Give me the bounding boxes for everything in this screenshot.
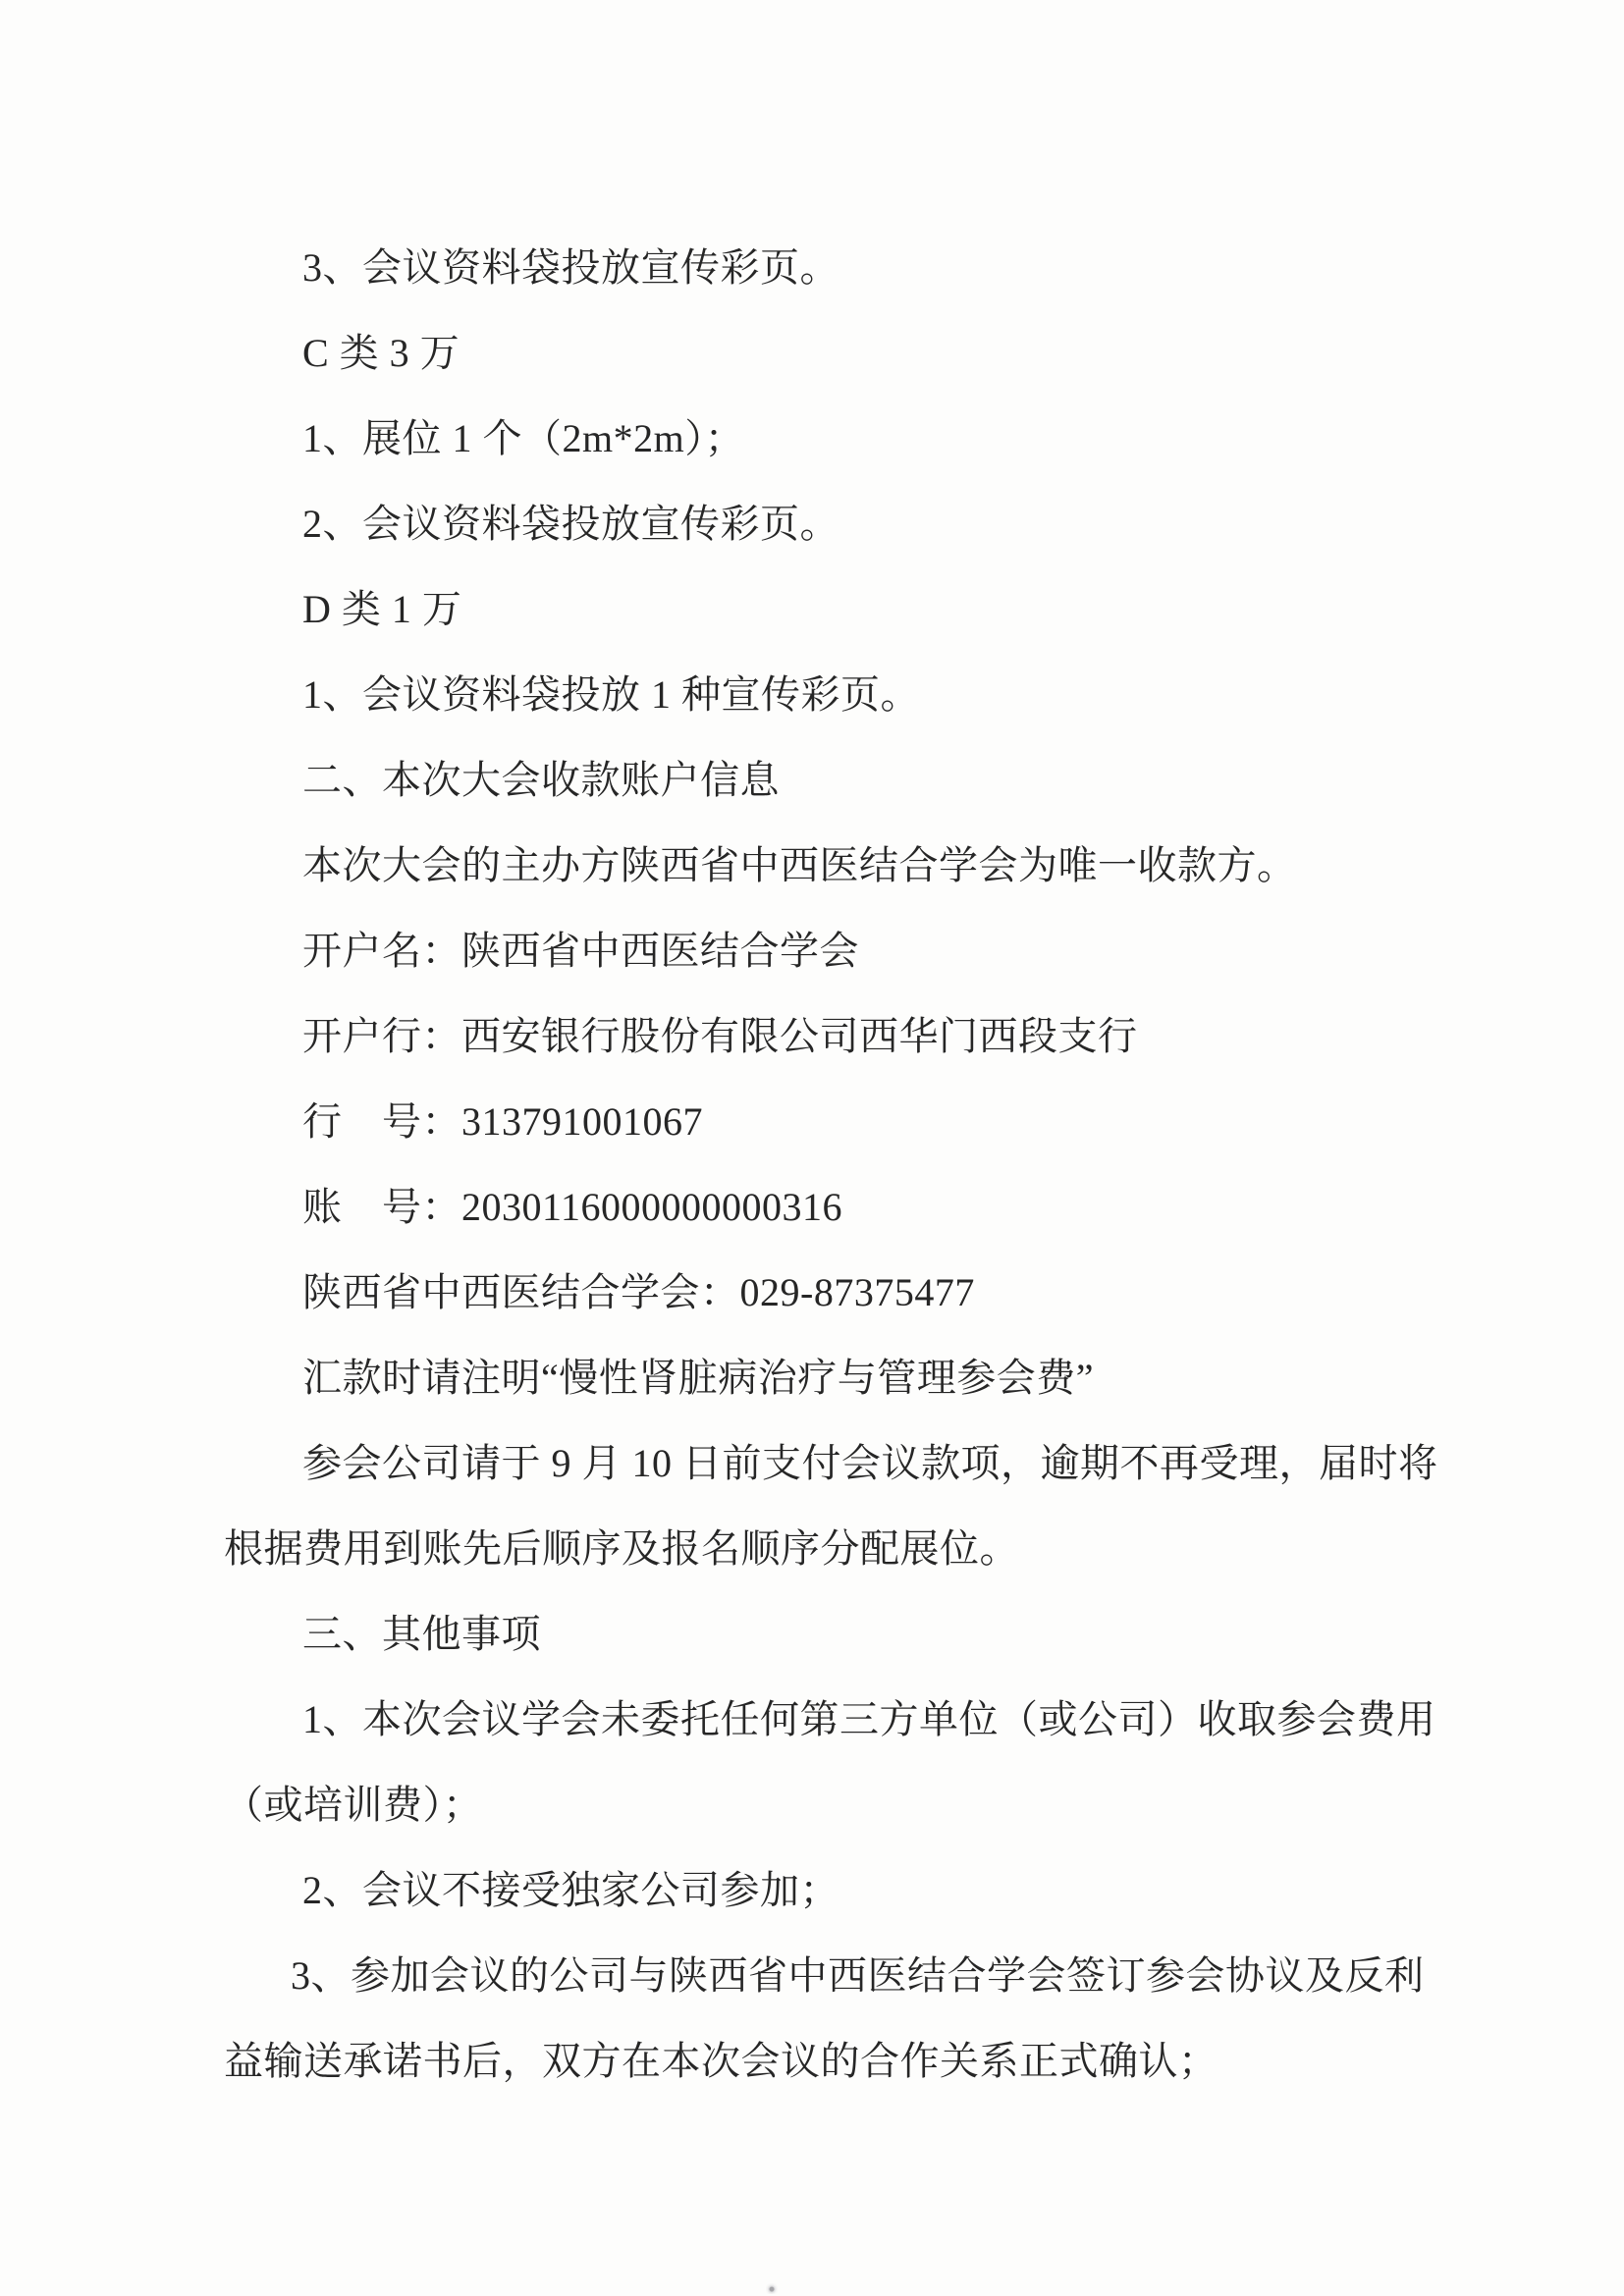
text-line: （或培训费）； (224, 1762, 1461, 1847)
text-line: 益输送承诺书后，双方在本次会议的合作关系正式确认； (224, 2018, 1461, 2104)
text-line: C 类 3 万 (224, 310, 1461, 396)
document-page: 3、会议资料袋投放宣传彩页。 C 类 3 万 1、展位 1 个（2m*2m）； … (0, 0, 1624, 2296)
text-line: 陕西省中西医结合学会：029-87375477 (224, 1250, 1461, 1335)
text-line: 本次大会的主办方陕西省中西医结合学会为唯一收款方。 (224, 823, 1461, 908)
text-line: 汇款时请注明“慢性肾脏病治疗与管理参会费” (224, 1335, 1461, 1420)
text-line: 3、会议资料袋投放宣传彩页。 (224, 225, 1461, 310)
section-heading: 二、本次大会收款账户信息 (224, 737, 1461, 823)
text-line: 行 号：313791001067 (224, 1079, 1461, 1164)
text-line: 开户名：陕西省中西医结合学会 (224, 908, 1461, 993)
scan-speck (766, 2283, 778, 2294)
text-line: 3、参加会议的公司与陕西省中西医结合学会签订参会协议及反利 (224, 1933, 1461, 2018)
text-line: 1、展位 1 个（2m*2m）； (224, 396, 1461, 481)
text-line: D 类 1 万 (224, 566, 1461, 652)
text-line: 开户行：西安银行股份有限公司西华门西段支行 (224, 993, 1461, 1079)
text-line: 根据费用到账先后顺序及报名顺序分配展位。 (224, 1506, 1461, 1591)
text-line: 2、会议资料袋投放宣传彩页。 (224, 481, 1461, 566)
text-line: 2、会议不接受独家公司参加； (224, 1847, 1461, 1933)
text-line: 参会公司请于 9 月 10 日前支付会议款项，逾期不再受理，届时将 (224, 1420, 1461, 1506)
text-line: 账 号：2030116000000000316 (224, 1164, 1461, 1250)
section-heading: 三、其他事项 (224, 1591, 1461, 1677)
document-text-block: 3、会议资料袋投放宣传彩页。 C 类 3 万 1、展位 1 个（2m*2m）； … (224, 225, 1461, 2104)
text-line: 1、会议资料袋投放 1 种宣传彩页。 (224, 652, 1461, 737)
text-line: 1、本次会议学会未委托任何第三方单位（或公司）收取参会费用 (224, 1677, 1461, 1762)
